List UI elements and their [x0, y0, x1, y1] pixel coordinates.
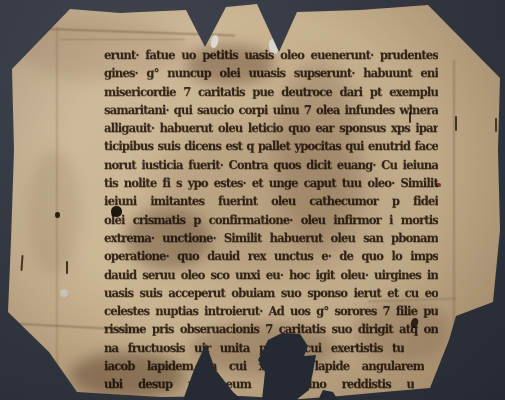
manuscript-line: dauid seruu oleo sco unxi eu· hoc igit o… [104, 267, 438, 285]
manuscript-line: samaritani· qui saucio corpi uinu 7 olea… [104, 102, 438, 120]
manuscript-line: alligauit· habuerut oleu leticio quo ear… [104, 120, 438, 138]
manuscript-text-block: erunt· fatue uo petitis uasis oleo euene… [0, 0, 505, 400]
manuscript-line: na fructuosis uir unita p eos cui exerti… [104, 340, 404, 358]
manuscript-line: ieiuni imitantes fuerint oleu cathecumor… [104, 193, 438, 211]
manuscript-line: tis nolite fi s ypo estes· et unge caput… [104, 175, 438, 193]
manuscript-line: ubi desup pfid eum otiq dno reddistis u [104, 376, 414, 394]
parchment-fragment: erunt· fatue uo petitis uasis oleo euene… [0, 0, 505, 400]
manuscript-line: erunt· fatue uo petitis uasis oleo euene… [104, 47, 438, 65]
manuscript-line: ticipibus suis dicens est q pallet ypoci… [104, 138, 438, 156]
manuscript-line: extrema· unctione· Similit habuerut oleu… [104, 230, 438, 248]
manuscript-line: uasis suis acceperut obuiam suo sponso i… [104, 285, 438, 303]
manuscript-line: misericordie 7 caritatis pue deutroce da… [104, 84, 438, 102]
manuscript-line: gines· g° nuncup olei uuasis supserunt· … [104, 65, 438, 83]
manuscript-line: olei crismatis p confirmatione· oleu inf… [104, 212, 438, 230]
photo-background: erunt· fatue uo petitis uasis oleo euene… [0, 0, 505, 400]
manuscript-line: celestes nuptias introierut· Ad uos g° s… [104, 303, 438, 321]
manuscript-line: rissime pris obseruacionis 7 caritatis s… [104, 321, 438, 339]
manuscript-line: operatione· quo dauid rex unctus e· de q… [104, 248, 438, 266]
manuscript-line: norut iusticia fuerit· Contra quos dicit… [104, 157, 438, 175]
manuscript-line: iacob lapidem in cui xpm e lapide angula… [104, 358, 424, 376]
